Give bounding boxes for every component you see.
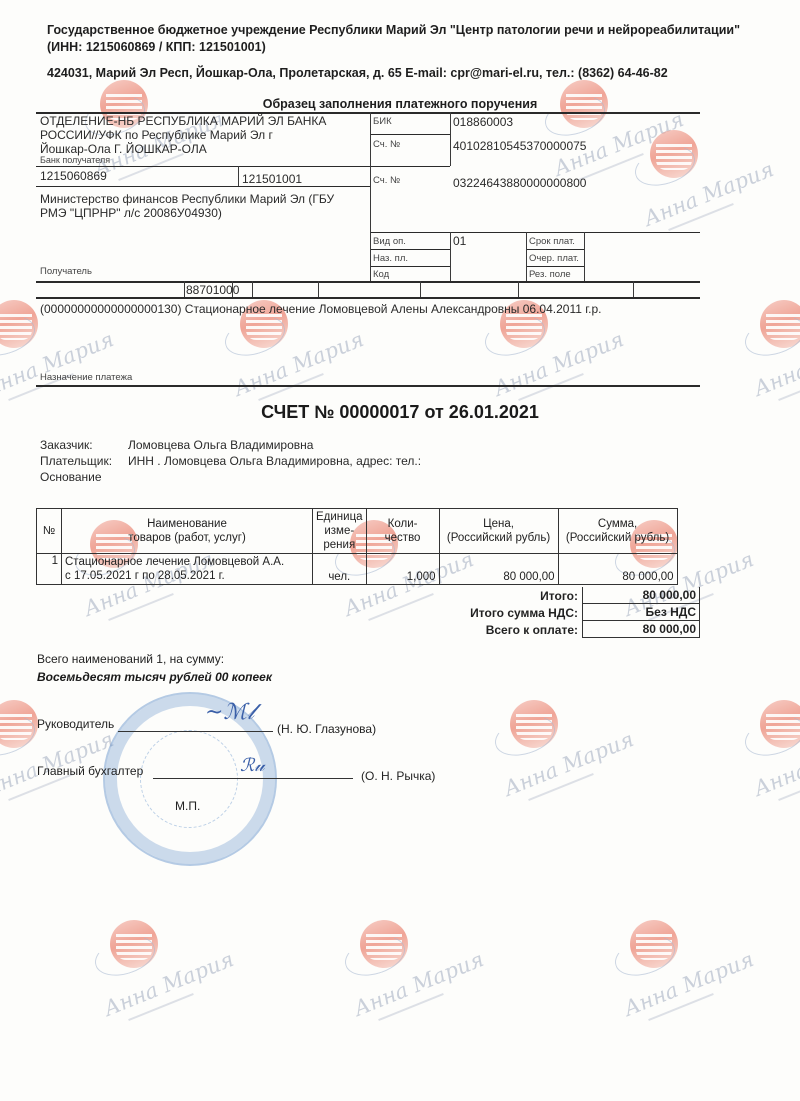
col-price: Цена,(Российский рубль)	[439, 509, 558, 554]
col-qty: Коли-чество	[366, 509, 439, 554]
oktmo-value: 88701000	[186, 283, 232, 297]
row-qty: 1,000	[366, 554, 439, 585]
table-header-row: № Наименованиетоваров (работ, услуг) Еди…	[37, 509, 678, 554]
bank-name-line2: РОССИИ//УФК по Республике Марий Эл г	[40, 128, 273, 142]
organization-address: 424031, Марий Эл Респ, Йошкар-Ола, Проле…	[47, 66, 668, 80]
items-table: № Наименованиетоваров (работ, услуг) Еди…	[36, 508, 678, 585]
priority-label: Очер. плат.	[529, 253, 579, 264]
bik-value: 018860003	[453, 115, 513, 129]
vat-label: Итого сумма НДС:	[380, 606, 582, 620]
director-signature: ~ℳ𝓁	[205, 700, 254, 725]
director-signature-line	[118, 731, 273, 732]
kpp-value: 121501001	[242, 172, 302, 186]
watermark-logo: Анна Мария	[480, 700, 620, 820]
col-name-line2: товаров (работ, услуг)	[128, 532, 246, 544]
customer-value: Ломовцева Ольга Владимировна	[128, 438, 313, 452]
bik-label: БИК	[373, 116, 392, 127]
code-label: Код	[373, 269, 389, 280]
director-label: Руководитель	[37, 717, 114, 731]
col-price-line2: (Российский рубль)	[447, 532, 550, 544]
official-stamp-inner	[140, 730, 238, 828]
reserve-label: Рез. поле	[529, 269, 571, 280]
payer-label: Плательщик:	[40, 454, 112, 468]
customer-label: Заказчик:	[40, 438, 93, 452]
due-total-label: Всего к оплате:	[380, 623, 582, 637]
total-row: Итого:80 000,00	[380, 587, 700, 604]
payer-value: ИНН . Ломовцева Ольга Владимировна, адре…	[128, 454, 421, 468]
row-name-line2: с 17.05.2021 г по 28.05.2021 г.	[65, 570, 225, 582]
col-sum-line2: (Российский рубль)	[566, 532, 669, 544]
col-sum-line1: Сумма,	[598, 518, 637, 530]
director-name: (Н. Ю. Глазунова)	[277, 722, 376, 736]
col-price-line1: Цена,	[483, 518, 514, 530]
col-number: №	[37, 509, 62, 554]
bank-label: Банк получателя	[40, 155, 110, 165]
amount-in-words: Восемьдесят тысяч рублей 00 копеек	[37, 670, 272, 684]
corr-account-value: 40102810545370000075	[453, 139, 586, 153]
row-number: 1	[37, 554, 62, 585]
recipient-name-line1: Министерство финансов Республики Марий Э…	[40, 192, 334, 206]
accountant-signature-line	[153, 778, 353, 779]
row-sum: 80 000,00	[558, 554, 677, 585]
due-label: Срок плат.	[529, 236, 575, 247]
accountant-signature: ℛ𝓊	[240, 755, 265, 776]
watermark-logo: Анна Мария	[80, 920, 220, 1040]
due-total-row: Всего к оплате:80 000,00	[380, 621, 700, 638]
accountant-name: (О. Н. Рычка)	[361, 769, 435, 783]
invoice-title: СЧЕТ № 00000017 от 26.01.2021	[0, 402, 800, 423]
total-value: 80 000,00	[582, 587, 700, 604]
payment-purpose: (00000000000000000130) Стационарное лече…	[40, 302, 602, 316]
table-row: 1 Стационарное лечение Ломовцевой А.А.с …	[37, 554, 678, 585]
bank-name-line1: ОТДЕЛЕНИЕ-НБ РЕСПУБЛИКА МАРИЙ ЭЛ БАНКА	[40, 114, 326, 128]
purpose-code-label: Наз. пл.	[373, 253, 408, 264]
watermark-logo: Анна Мария	[330, 920, 470, 1040]
due-total-value: 80 000,00	[582, 621, 700, 638]
col-qty-line2: чество	[385, 532, 421, 544]
row-unit: чел.	[313, 554, 367, 585]
col-name: Наименованиетоваров (работ, услуг)	[62, 509, 313, 554]
basis-label: Основание	[40, 470, 102, 484]
items-summary: Всего наименований 1, на сумму:	[37, 652, 224, 666]
col-qty-line1: Коли-	[388, 518, 418, 530]
vat-row: Итого сумма НДС:Без НДС	[380, 604, 700, 621]
recipient-label: Получатель	[40, 266, 92, 277]
accountant-label: Главный бухгалтер	[37, 764, 143, 778]
bank-name-line3: Йошкар-Ола Г. ЙОШКАР-ОЛА	[40, 142, 207, 156]
row-name: Стационарное лечение Ломовцевой А.А.с 17…	[62, 554, 313, 585]
form-title: Образец заполнения платежного поручения	[0, 97, 800, 111]
col-unit-line3: рения	[323, 539, 355, 551]
vat-value: Без НДС	[582, 604, 700, 621]
organization-name: Государственное бюджетное учреждение Рес…	[47, 22, 747, 56]
row-name-line1: Стационарное лечение Ломовцевой А.А.	[65, 556, 284, 568]
col-name-line1: Наименование	[147, 518, 227, 530]
col-unit-line2: изме-	[324, 525, 354, 537]
corr-account-label: Сч. №	[373, 139, 400, 150]
col-sum: Сумма,(Российский рубль)	[558, 509, 677, 554]
purpose-label: Назначение платежа	[40, 372, 132, 383]
account-label: Сч. №	[373, 175, 400, 186]
recipient-name-line2: РМЭ "ЦПРНР" л/с 20086У04930)	[40, 206, 222, 220]
op-type-value: 01	[453, 234, 466, 248]
inn-value: 1215060869	[40, 169, 107, 183]
stamp-label: М.П.	[175, 799, 200, 813]
totals-block: Итого:80 000,00 Итого сумма НДС:Без НДС …	[380, 587, 700, 638]
account-value: 03224643880000000800	[453, 176, 586, 190]
watermark-logo: Анна Мария	[730, 700, 800, 820]
op-type-label: Вид оп.	[373, 236, 406, 247]
watermark-logo: Анна Мария	[600, 920, 740, 1040]
row-price: 80 000,00	[439, 554, 558, 585]
col-unit: Единицаизме-рения	[313, 509, 367, 554]
total-label: Итого:	[380, 589, 582, 603]
col-unit-line1: Единица	[316, 511, 363, 523]
